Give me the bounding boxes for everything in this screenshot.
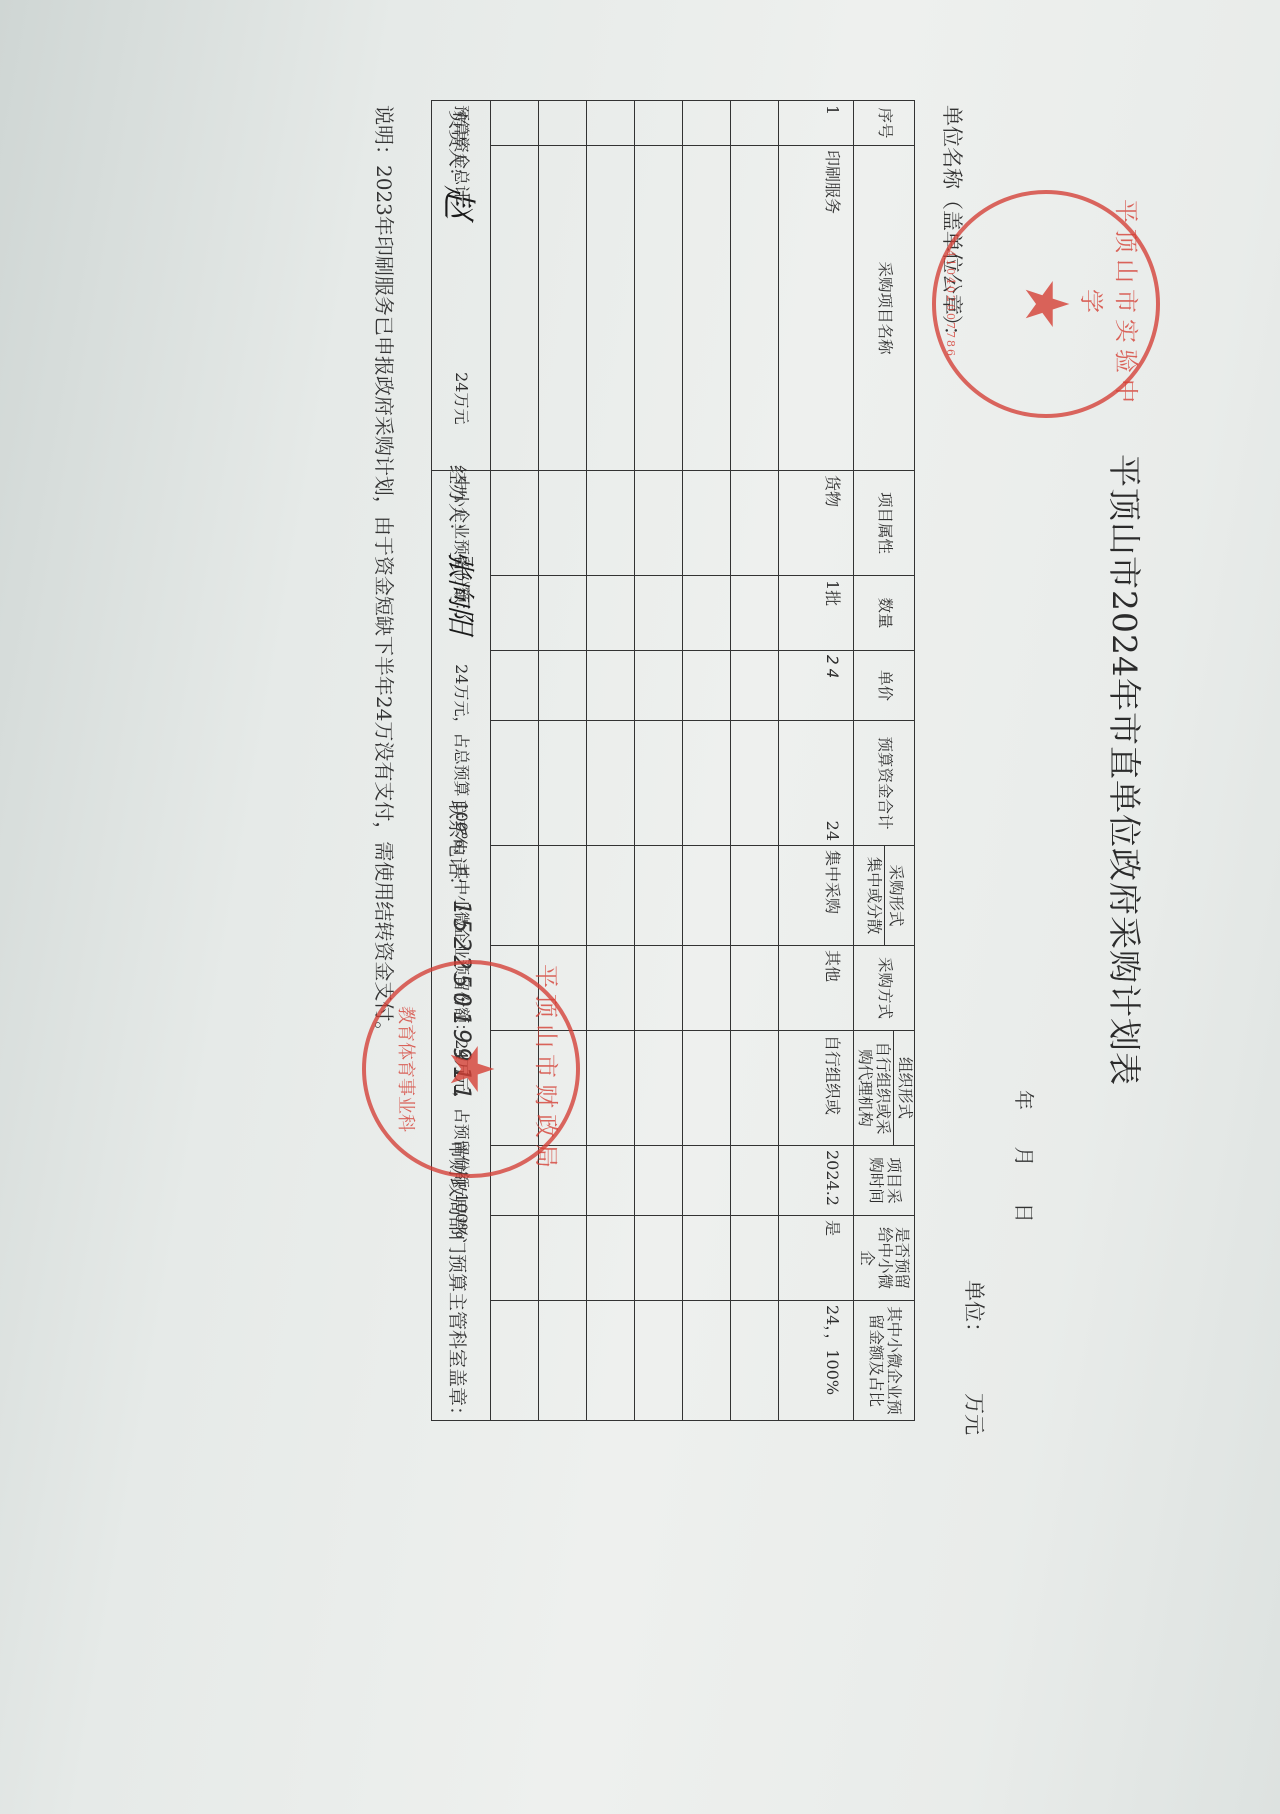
empty-cell — [538, 651, 586, 721]
table-row — [586, 101, 634, 1421]
unit-label: 单位： — [962, 1280, 986, 1343]
finance-stamp-inner-text: 教育体育事业科 — [394, 964, 420, 1174]
cell-organization: 自行组织或 — [778, 1031, 853, 1146]
cell-sme-amount-ratio: 24，，100% — [778, 1301, 853, 1421]
empty-cell — [586, 651, 634, 721]
table-row — [682, 101, 730, 1421]
header-organization-group: 组织形式 — [893, 1031, 914, 1145]
header-organization-sub: 自行组织或采购代理机构 — [856, 1041, 892, 1134]
unit-indicator: 单位：万元 — [960, 1280, 990, 1435]
header-budget-total: 预算资金合计 — [853, 721, 914, 846]
empty-cell — [586, 946, 634, 1031]
empty-cell — [538, 1301, 586, 1421]
empty-cell — [586, 471, 634, 576]
cell-budget-total: 24 — [778, 721, 853, 846]
header-organization: 组织形式 自行组织或采购代理机构 — [853, 1031, 914, 1146]
empty-cell — [682, 1301, 730, 1421]
table-row — [634, 101, 682, 1421]
empty-cell — [490, 846, 538, 946]
document-title: 平顶山市2024年市直单位政府采购计划表 — [1103, 300, 1150, 1240]
cell-procurement-time: 2024.2 — [778, 1146, 853, 1216]
header-attribute: 项目属性 — [853, 471, 914, 576]
cell-unit-price: 24 — [778, 651, 853, 721]
empty-cell — [682, 721, 730, 846]
star-icon: ★ — [441, 1042, 501, 1096]
empty-cell — [634, 1146, 682, 1216]
empty-cell — [682, 846, 730, 946]
procurement-table: 序号 采购项目名称 项目属性 数量 单价 预算资金合计 采购形式 集中或分散 采… — [431, 100, 915, 1421]
empty-cell — [682, 146, 730, 471]
empty-cell — [490, 146, 538, 471]
unit-value: 万元 — [962, 1393, 986, 1435]
header-procurement-time: 项目采购时间 — [853, 1146, 914, 1216]
star-icon: ★ — [1016, 277, 1076, 331]
empty-cell — [586, 1301, 634, 1421]
note: 说明：2023年印刷服务已申报政府采购计划，由于资金短缺下半年24万没有支付，需… — [371, 105, 400, 1041]
responsible-signature: 赵 — [437, 185, 486, 219]
summary-budget-value: 24万元 — [452, 372, 471, 424]
cell-reserved-sme: 是 — [778, 1216, 853, 1301]
table-row — [538, 101, 586, 1421]
handler-label: 经办人： — [445, 465, 472, 541]
empty-cell — [538, 471, 586, 576]
empty-cell — [586, 846, 634, 946]
header-procurement-form-group: 采购形式 — [884, 846, 905, 945]
cell-seq: 1 — [778, 101, 853, 146]
responsible-label: 负责人： — [445, 110, 472, 186]
empty-cell — [490, 471, 538, 576]
cell-procurement-method: 其他 — [778, 946, 853, 1031]
empty-cell — [730, 1031, 778, 1146]
empty-cell — [538, 146, 586, 471]
header-procurement-form-sub: 集中或分散 — [865, 857, 883, 935]
header-seq: 序号 — [853, 101, 914, 146]
note-text: 2023年印刷服务已申报政府采购计划，由于资金短缺下半年24万没有支付，需使用结… — [372, 165, 396, 1041]
cell-procurement-form: 集中采购 — [778, 846, 853, 946]
phone-label: 联系电话： — [445, 800, 472, 895]
empty-cell — [538, 846, 586, 946]
empty-cell — [634, 1301, 682, 1421]
empty-cell — [730, 946, 778, 1031]
finance-stamp-label: 市财政局部门预算主管科室盖章： — [445, 1140, 472, 1425]
header-project-name: 采购项目名称 — [853, 146, 914, 471]
finance-stamp-text: 平顶山市财政局 — [531, 964, 566, 1174]
empty-cell — [490, 576, 538, 651]
empty-cell — [538, 101, 586, 146]
empty-cell — [634, 651, 682, 721]
empty-cell — [634, 101, 682, 146]
empty-cell — [586, 576, 634, 651]
empty-cell — [730, 576, 778, 651]
empty-cell — [586, 721, 634, 846]
empty-cell — [586, 1146, 634, 1216]
empty-cell — [730, 146, 778, 471]
unit-stamp-code: 410402007786 — [944, 194, 957, 414]
empty-cell — [682, 1216, 730, 1301]
empty-cell — [490, 1301, 538, 1421]
table-row — [730, 101, 778, 1421]
header-quantity: 数量 — [853, 576, 914, 651]
unit-stamp-text: 平顶山市实验中学 — [1076, 194, 1146, 414]
empty-cell — [730, 721, 778, 846]
empty-cell — [490, 651, 538, 721]
empty-cell — [730, 1146, 778, 1216]
empty-cell — [538, 1216, 586, 1301]
empty-cell — [682, 1031, 730, 1146]
empty-cell — [682, 101, 730, 146]
empty-cell — [730, 1216, 778, 1301]
empty-cell — [538, 576, 586, 651]
note-label: 说明： — [372, 105, 396, 165]
empty-cell — [490, 721, 538, 846]
header-procurement-form: 采购形式 集中或分散 — [853, 846, 914, 946]
header-reserved-sme: 是否预留给中小微企 — [853, 1216, 914, 1301]
empty-cell — [490, 101, 538, 146]
table-row: 1 印刷服务 货物 1批 24 24 集中采购 其他 自行组织或 2024.2 … — [778, 101, 853, 1421]
header-unit-price: 单价 — [853, 651, 914, 721]
empty-cell — [538, 721, 586, 846]
empty-cell — [730, 846, 778, 946]
empty-cell — [634, 1216, 682, 1301]
handler-signature: 张向阳 — [442, 550, 482, 634]
empty-cell — [586, 101, 634, 146]
header-procurement-method: 采购方式 — [853, 946, 914, 1031]
empty-cell — [634, 846, 682, 946]
empty-cell — [490, 1216, 538, 1301]
empty-cell — [730, 1301, 778, 1421]
empty-cell — [730, 651, 778, 721]
unit-official-stamp: 平顶山市实验中学 ★ 410402007786 — [932, 190, 1160, 418]
empty-cell — [586, 146, 634, 471]
empty-cell — [682, 576, 730, 651]
empty-cell — [586, 1216, 634, 1301]
table-header-row: 序号 采购项目名称 项目属性 数量 单价 预算资金合计 采购形式 集中或分散 采… — [853, 101, 914, 1421]
cell-project-name: 印刷服务 — [778, 146, 853, 471]
empty-cell — [730, 101, 778, 146]
cell-quantity: 1批 — [778, 576, 853, 651]
empty-cell — [634, 1031, 682, 1146]
empty-cell — [634, 471, 682, 576]
date-placeholder: 年 月 日 — [1011, 1090, 1040, 1223]
empty-cell — [634, 946, 682, 1031]
finance-bureau-stamp: 平顶山市财政局 ★ 教育体育事业科 — [362, 960, 580, 1178]
empty-cell — [682, 651, 730, 721]
empty-cell — [730, 471, 778, 576]
empty-cell — [682, 1146, 730, 1216]
empty-cell — [634, 721, 682, 846]
cell-attribute: 货物 — [778, 471, 853, 576]
procurement-plan-document: 平顶山市2024年市直单位政府采购计划表 年 月 日 单位：万元 单位名称（盖单… — [0, 0, 1280, 1814]
empty-cell — [586, 1031, 634, 1146]
empty-cell — [682, 946, 730, 1031]
table-row — [490, 101, 538, 1421]
header-sme-amount-ratio: 其中小微企业预留金额及占比 — [853, 1301, 914, 1421]
empty-cell — [634, 576, 682, 651]
empty-cell — [634, 146, 682, 471]
empty-cell — [682, 471, 730, 576]
